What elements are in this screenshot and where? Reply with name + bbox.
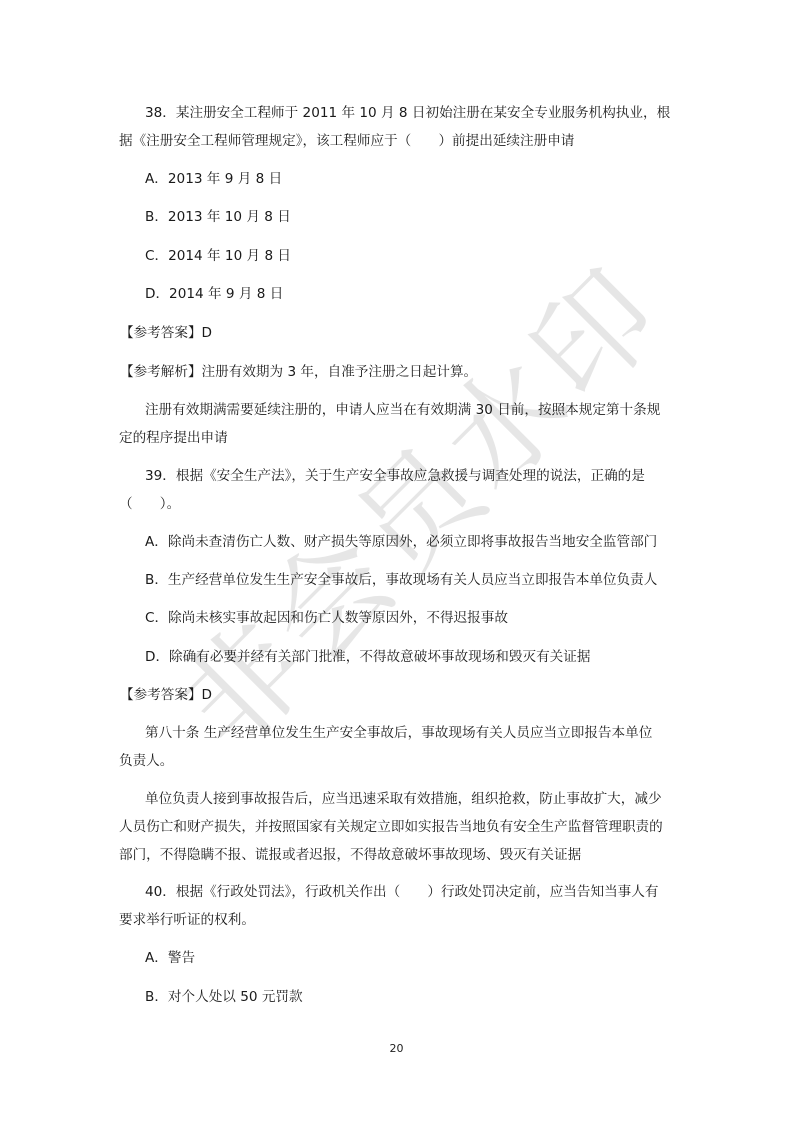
question-39-note2-line2: 人员伤亡和财产损失，并按照国家有关规定立即如实报告当地负有安全生产监督管理职责的	[119, 818, 663, 836]
question-39-note2-line1: 单位负责人接到事故报告后，应当迅速采取有效措施，组织抢救，防止事故扩大，减少	[145, 790, 662, 808]
question-39-option-a: A．除尚未查清伤亡人数、财产损失等原因外，必须立即将事故报告当地安全监管部门	[145, 533, 657, 551]
page-number: 20	[0, 1042, 793, 1055]
question-38-analysis: 【参考解析】注册有效期为 3 年，自准予注册之日起计算。	[120, 363, 477, 381]
question-40-stem-line1: 40．根据《行政处罚法》，行政机关作出（ ）行政处罚决定前，应当告知当事人有	[145, 883, 658, 901]
watermark: 非会员水印	[160, 290, 641, 771]
question-39-note2-line3: 部门，不得隐瞒不报、谎报或者迟报，不得故意破坏事故现场、毁灭有关证据	[119, 846, 581, 864]
question-40-option-b: B．对个人处以 50 元罚款	[145, 988, 303, 1006]
question-39-option-c: C．除尚未核实事故起因和伤亡人数等原因外，不得迟报事故	[145, 609, 508, 627]
question-38-stem-line2: 据《注册安全工程师管理规定》，该工程师应于（ ）前提出延续注册申请	[119, 132, 574, 150]
question-38-option-c: C．2014 年 10 月 8 日	[145, 247, 291, 265]
question-38-option-a: A．2013 年 9 月 8 日	[145, 170, 282, 188]
question-39-note1-line1: 第八十条 生产经营单位发生生产安全事故后，事故现场有关人员应当立即报告本单位	[145, 724, 652, 742]
question-38-stem-line1: 38．某注册安全工程师于 2011 年 10 月 8 日初始注册在某安全专业服务…	[145, 104, 670, 122]
question-40-option-a: A．警告	[145, 949, 195, 967]
question-40-stem-line2: 要求举行听证的权利。	[119, 911, 255, 929]
question-38-note-line1: 注册有效期满需要延续注册的，申请人应当在有效期满 30 日前，按照本规定第十条规	[145, 401, 660, 419]
question-39-note1-line2: 负责人。	[119, 752, 173, 770]
question-38-option-d: D．2014 年 9 月 8 日	[145, 285, 283, 303]
question-39-answer: 【参考答案】D	[120, 686, 212, 704]
document-page: 非会员水印 38．某注册安全工程师于 2011 年 10 月 8 日初始注册在某…	[0, 0, 793, 1122]
question-38-answer: 【参考答案】D	[120, 324, 212, 342]
question-39-option-d: D．除确有必要并经有关部门批准，不得故意破坏事故现场和毁灭有关证据	[145, 648, 590, 666]
question-39-stem-line2: （ ）。	[119, 495, 180, 513]
question-39-stem-line1: 39．根据《安全生产法》，关于生产安全事故应急救援与调查处理的说法，正确的是	[145, 467, 645, 485]
question-38-option-b: B．2013 年 10 月 8 日	[145, 208, 291, 226]
question-39-option-b: B．生产经营单位发生生产安全事故后，事故现场有关人员应当立即报告本单位负责人	[145, 571, 657, 589]
question-38-note-line2: 定的程序提出申请	[119, 429, 228, 447]
